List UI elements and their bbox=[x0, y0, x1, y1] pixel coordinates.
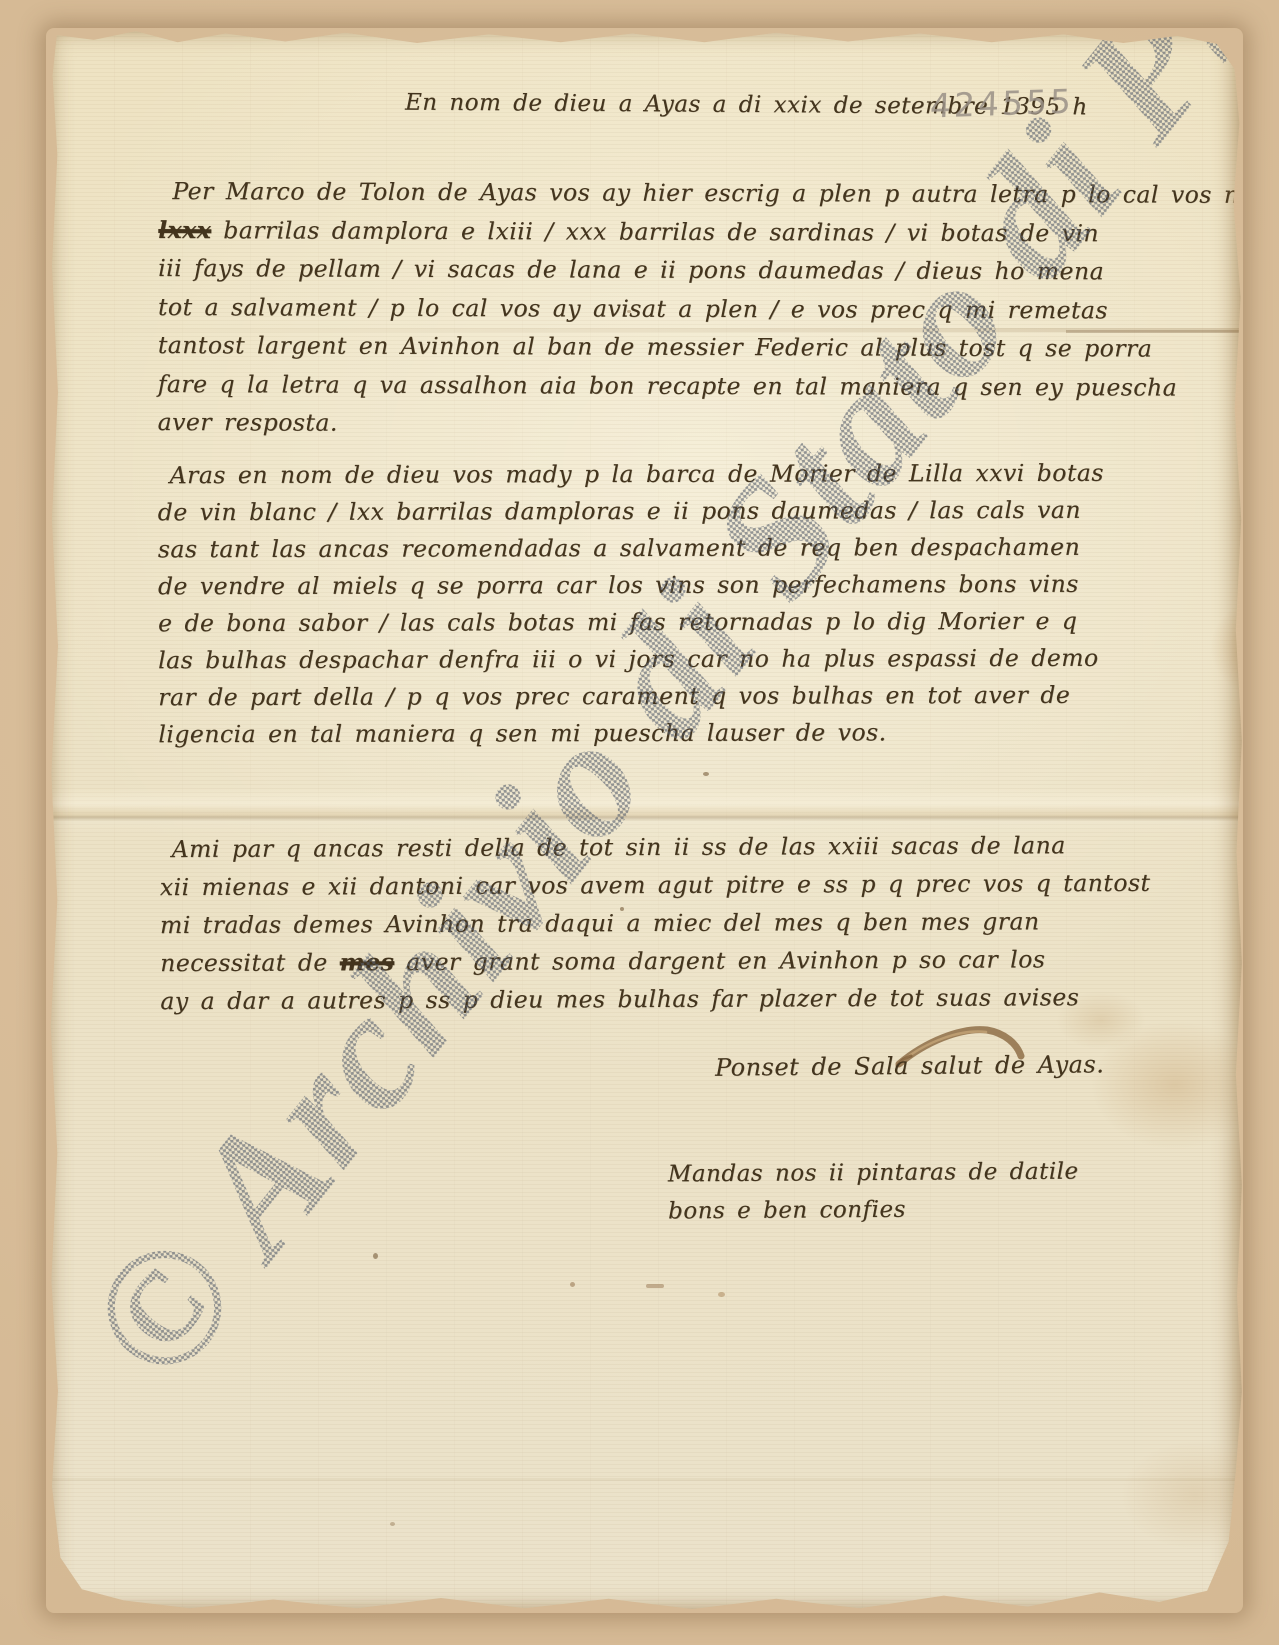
archive-number: 424555 bbox=[929, 81, 1074, 125]
manuscript-line: e de bona sabor / las cals botas mi fas … bbox=[158, 603, 1104, 642]
stain-streak bbox=[646, 1284, 664, 1288]
manuscript-line: tot a salvament / p lo cal vos ay avisat… bbox=[158, 288, 1243, 330]
struck-word: mes bbox=[340, 948, 395, 976]
struck-word: lxxx bbox=[158, 216, 211, 244]
manuscript-line: las bulhas despachar denfra iii o vi jor… bbox=[158, 640, 1104, 679]
line-text: aver grant soma dargent en Avinhon p so … bbox=[394, 945, 1045, 976]
paragraph-2: Aras en nom de dieu vos mady p la barca … bbox=[158, 455, 1105, 753]
fold-crease-bottom bbox=[46, 1478, 1243, 1481]
ink-speck bbox=[703, 772, 709, 776]
manuscript-line: ligencia en tal maniera q sen mi puescha… bbox=[158, 714, 1104, 753]
line-text: barrilas damplora e lxiii / xxx barrilas… bbox=[223, 216, 1099, 247]
manuscript-line: fare q la letra q va assalhon aia bon re… bbox=[158, 365, 1243, 407]
line-text: necessitat de bbox=[160, 948, 340, 977]
manuscript-line: de vin blanc / lxx barrilas damploras e … bbox=[158, 492, 1104, 531]
manuscript-line: Per Marco de Tolon de Ayas vos ay hier e… bbox=[158, 172, 1243, 214]
postscript-note: Mandas nos ii pintaras de datile bons e … bbox=[668, 1154, 1079, 1231]
manuscript-line: de vendre al miels q se porra car los vi… bbox=[158, 566, 1104, 605]
manuscript-line: Ami par q ancas resti della de tot sin i… bbox=[160, 826, 1151, 868]
manuscript-line: mi tradas demes Avinhon tra daqui a miec… bbox=[160, 902, 1151, 944]
stain-right-middle bbox=[1090, 1020, 1243, 1150]
manuscript-line: iii fays de pellam / vi sacas de lana e … bbox=[158, 249, 1243, 291]
stain-bottom-right bbox=[1120, 1440, 1243, 1550]
ink-speck bbox=[373, 1253, 378, 1259]
postscript-line: bons e ben confies bbox=[668, 1191, 1079, 1231]
stain-speck bbox=[718, 1292, 725, 1297]
scan-background: En nom de dieu a Ayas a di xxix de setem… bbox=[0, 0, 1279, 1645]
manuscript-line: tantost largent en Avinhon al ban de mes… bbox=[158, 326, 1243, 368]
manuscript-line: necessitat de mes aver grant soma dargen… bbox=[160, 940, 1151, 982]
manuscript-line: ay a dar a autres p ss p dieu mes bulhas… bbox=[160, 978, 1151, 1020]
signature-line: Ponset de Sala salut de Ayas. bbox=[715, 1050, 1105, 1081]
paper-sheet: En nom de dieu a Ayas a di xxix de setem… bbox=[46, 28, 1243, 1613]
paragraph-1: Per Marco de Tolon de Ayas vos ay hier e… bbox=[158, 172, 1243, 445]
paragraph-3: Ami par q ancas resti della de tot sin i… bbox=[160, 826, 1151, 1020]
postscript-line: Mandas nos ii pintaras de datile bbox=[668, 1154, 1079, 1194]
manuscript-line: Aras en nom de dieu vos mady p la barca … bbox=[158, 455, 1104, 494]
stain-speck bbox=[570, 1282, 575, 1287]
manuscript-line: xii mienas e xii dantoni car vos avem ag… bbox=[160, 864, 1151, 906]
manuscript-line: rar de part della / p q vos prec caramen… bbox=[158, 677, 1104, 716]
stain-speck bbox=[390, 1522, 395, 1526]
manuscript-line: aver resposta. bbox=[158, 403, 1243, 445]
manuscript-line: sas tant las ancas recomendadas a salvam… bbox=[158, 529, 1104, 568]
manuscript-line: lxxx barrilas damplora e lxiii / xxx bar… bbox=[158, 211, 1243, 253]
